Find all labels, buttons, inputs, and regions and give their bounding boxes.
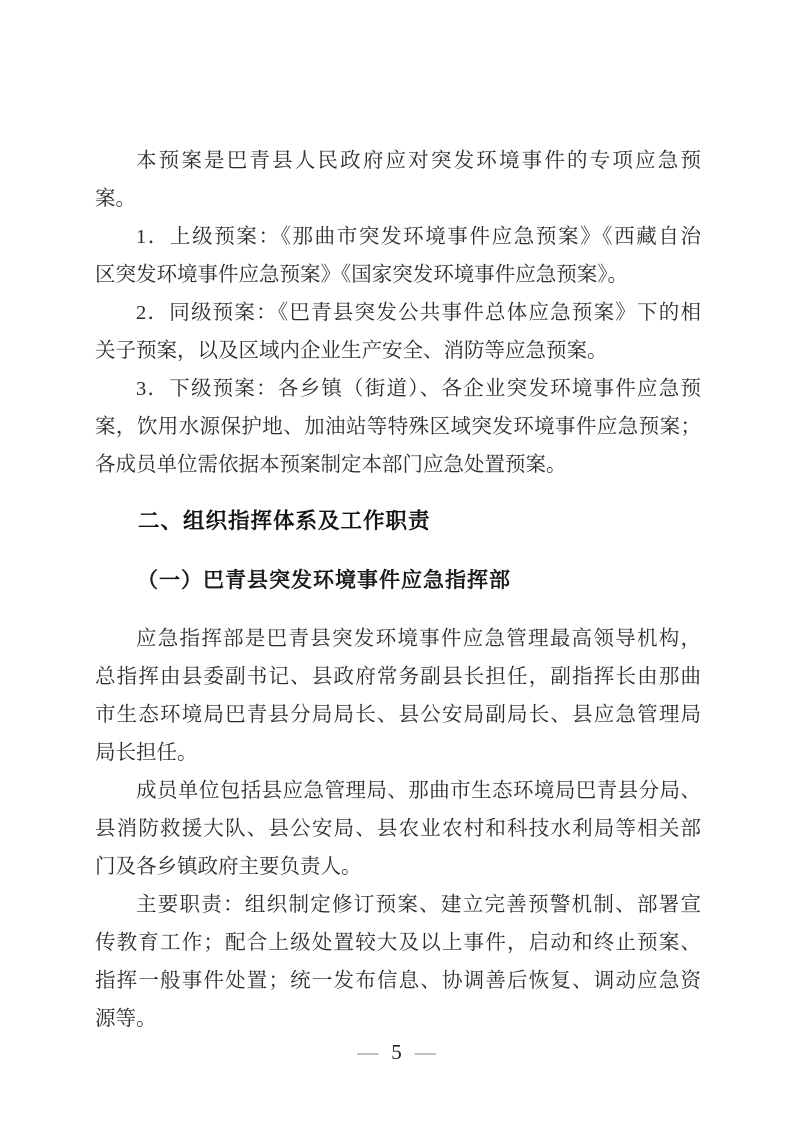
text-line: 传教育工作；配合上级处置较大及以上事件，启动和终止预案、 [95, 924, 701, 962]
paragraph-subordinate-plans: 3．下级预案：各乡镇（街道）、各企业突发环境事件应急预 案，饮用水源保护地、加油… [95, 370, 701, 484]
text-line: 关子预案，以及区域内企业生产安全、消防等应急预案。 [95, 332, 701, 370]
text-line: 局长担任。 [95, 734, 701, 772]
document-page: 本预案是巴青县人民政府应对突发环境事件的专项应急预 案。 1．上级预案：《那曲市… [0, 0, 793, 1122]
paragraph-command-structure: 应急指挥部是巴青县突发环境事件应急管理最高领导机构， 总指挥由县委副书记、县政府… [95, 620, 701, 772]
paragraph-main-duties: 主要职责：组织制定修订预案、建立完善预警机制、部署宣 传教育工作；配合上级处置较… [95, 886, 701, 1038]
text-line: 门及各乡镇政府主要负责人。 [95, 848, 701, 886]
text-line: 2．同级预案：《巴青县突发公共事件总体应急预案》下的相 [95, 294, 701, 332]
footer-dash-left: — [357, 1040, 378, 1064]
text-line: 各成员单位需依据本预案制定本部门应急处置预案。 [95, 446, 701, 484]
text-line: 县消防救援大队、县公安局、县农业农村和科技水利局等相关部 [95, 810, 701, 848]
text-line: 应急指挥部是巴青县突发环境事件应急管理最高领导机构， [95, 620, 701, 658]
document-body: 本预案是巴青县人民政府应对突发环境事件的专项应急预 案。 1．上级预案：《那曲市… [95, 142, 701, 1038]
paragraph-peer-plans: 2．同级预案：《巴青县突发公共事件总体应急预案》下的相 关子预案，以及区域内企业… [95, 294, 701, 370]
paragraph-superior-plans: 1．上级预案：《那曲市突发环境事件应急预案》《西藏自治 区突发环境事件应急预案》… [95, 218, 701, 294]
subsection-heading-command-center: （一）巴青县突发环境事件应急指挥部 [95, 561, 701, 599]
text-line: 总指挥由县委副书记、县政府常务副县长担任，副指挥长由那曲 [95, 658, 701, 696]
text-line: 1．上级预案：《那曲市突发环境事件应急预案》《西藏自治 [95, 218, 701, 256]
text-line: 主要职责：组织制定修订预案、建立完善预警机制、部署宣 [95, 886, 701, 924]
page-footer: —5— [0, 1038, 793, 1066]
text-line: 区突发环境事件应急预案》《国家突发环境事件应急预案》。 [95, 256, 701, 294]
text-line: 本预案是巴青县人民政府应对突发环境事件的专项应急预 [95, 142, 701, 180]
text-line: 市生态环境局巴青县分局局长、县公安局副局长、县应急管理局 [95, 696, 701, 734]
section-heading-organization: 二、组织指挥体系及工作职责 [95, 502, 701, 540]
footer-dash-right: — [415, 1040, 436, 1064]
page-number: 5 [391, 1040, 402, 1064]
text-line: 3．下级预案：各乡镇（街道）、各企业突发环境事件应急预 [95, 370, 701, 408]
text-line: 成员单位包括县应急管理局、那曲市生态环境局巴青县分局、 [95, 772, 701, 810]
text-line: 源等。 [95, 1000, 701, 1038]
text-line: 案。 [95, 180, 701, 218]
text-line: 指挥一般事件处置；统一发布信息、协调善后恢复、调动应急资 [95, 962, 701, 1000]
text-line: 案，饮用水源保护地、加油站等特殊区域突发环境事件应急预案； [95, 408, 701, 446]
paragraph-member-units: 成员单位包括县应急管理局、那曲市生态环境局巴青县分局、 县消防救援大队、县公安局… [95, 772, 701, 886]
paragraph-plan-overview: 本预案是巴青县人民政府应对突发环境事件的专项应急预 案。 [95, 142, 701, 218]
